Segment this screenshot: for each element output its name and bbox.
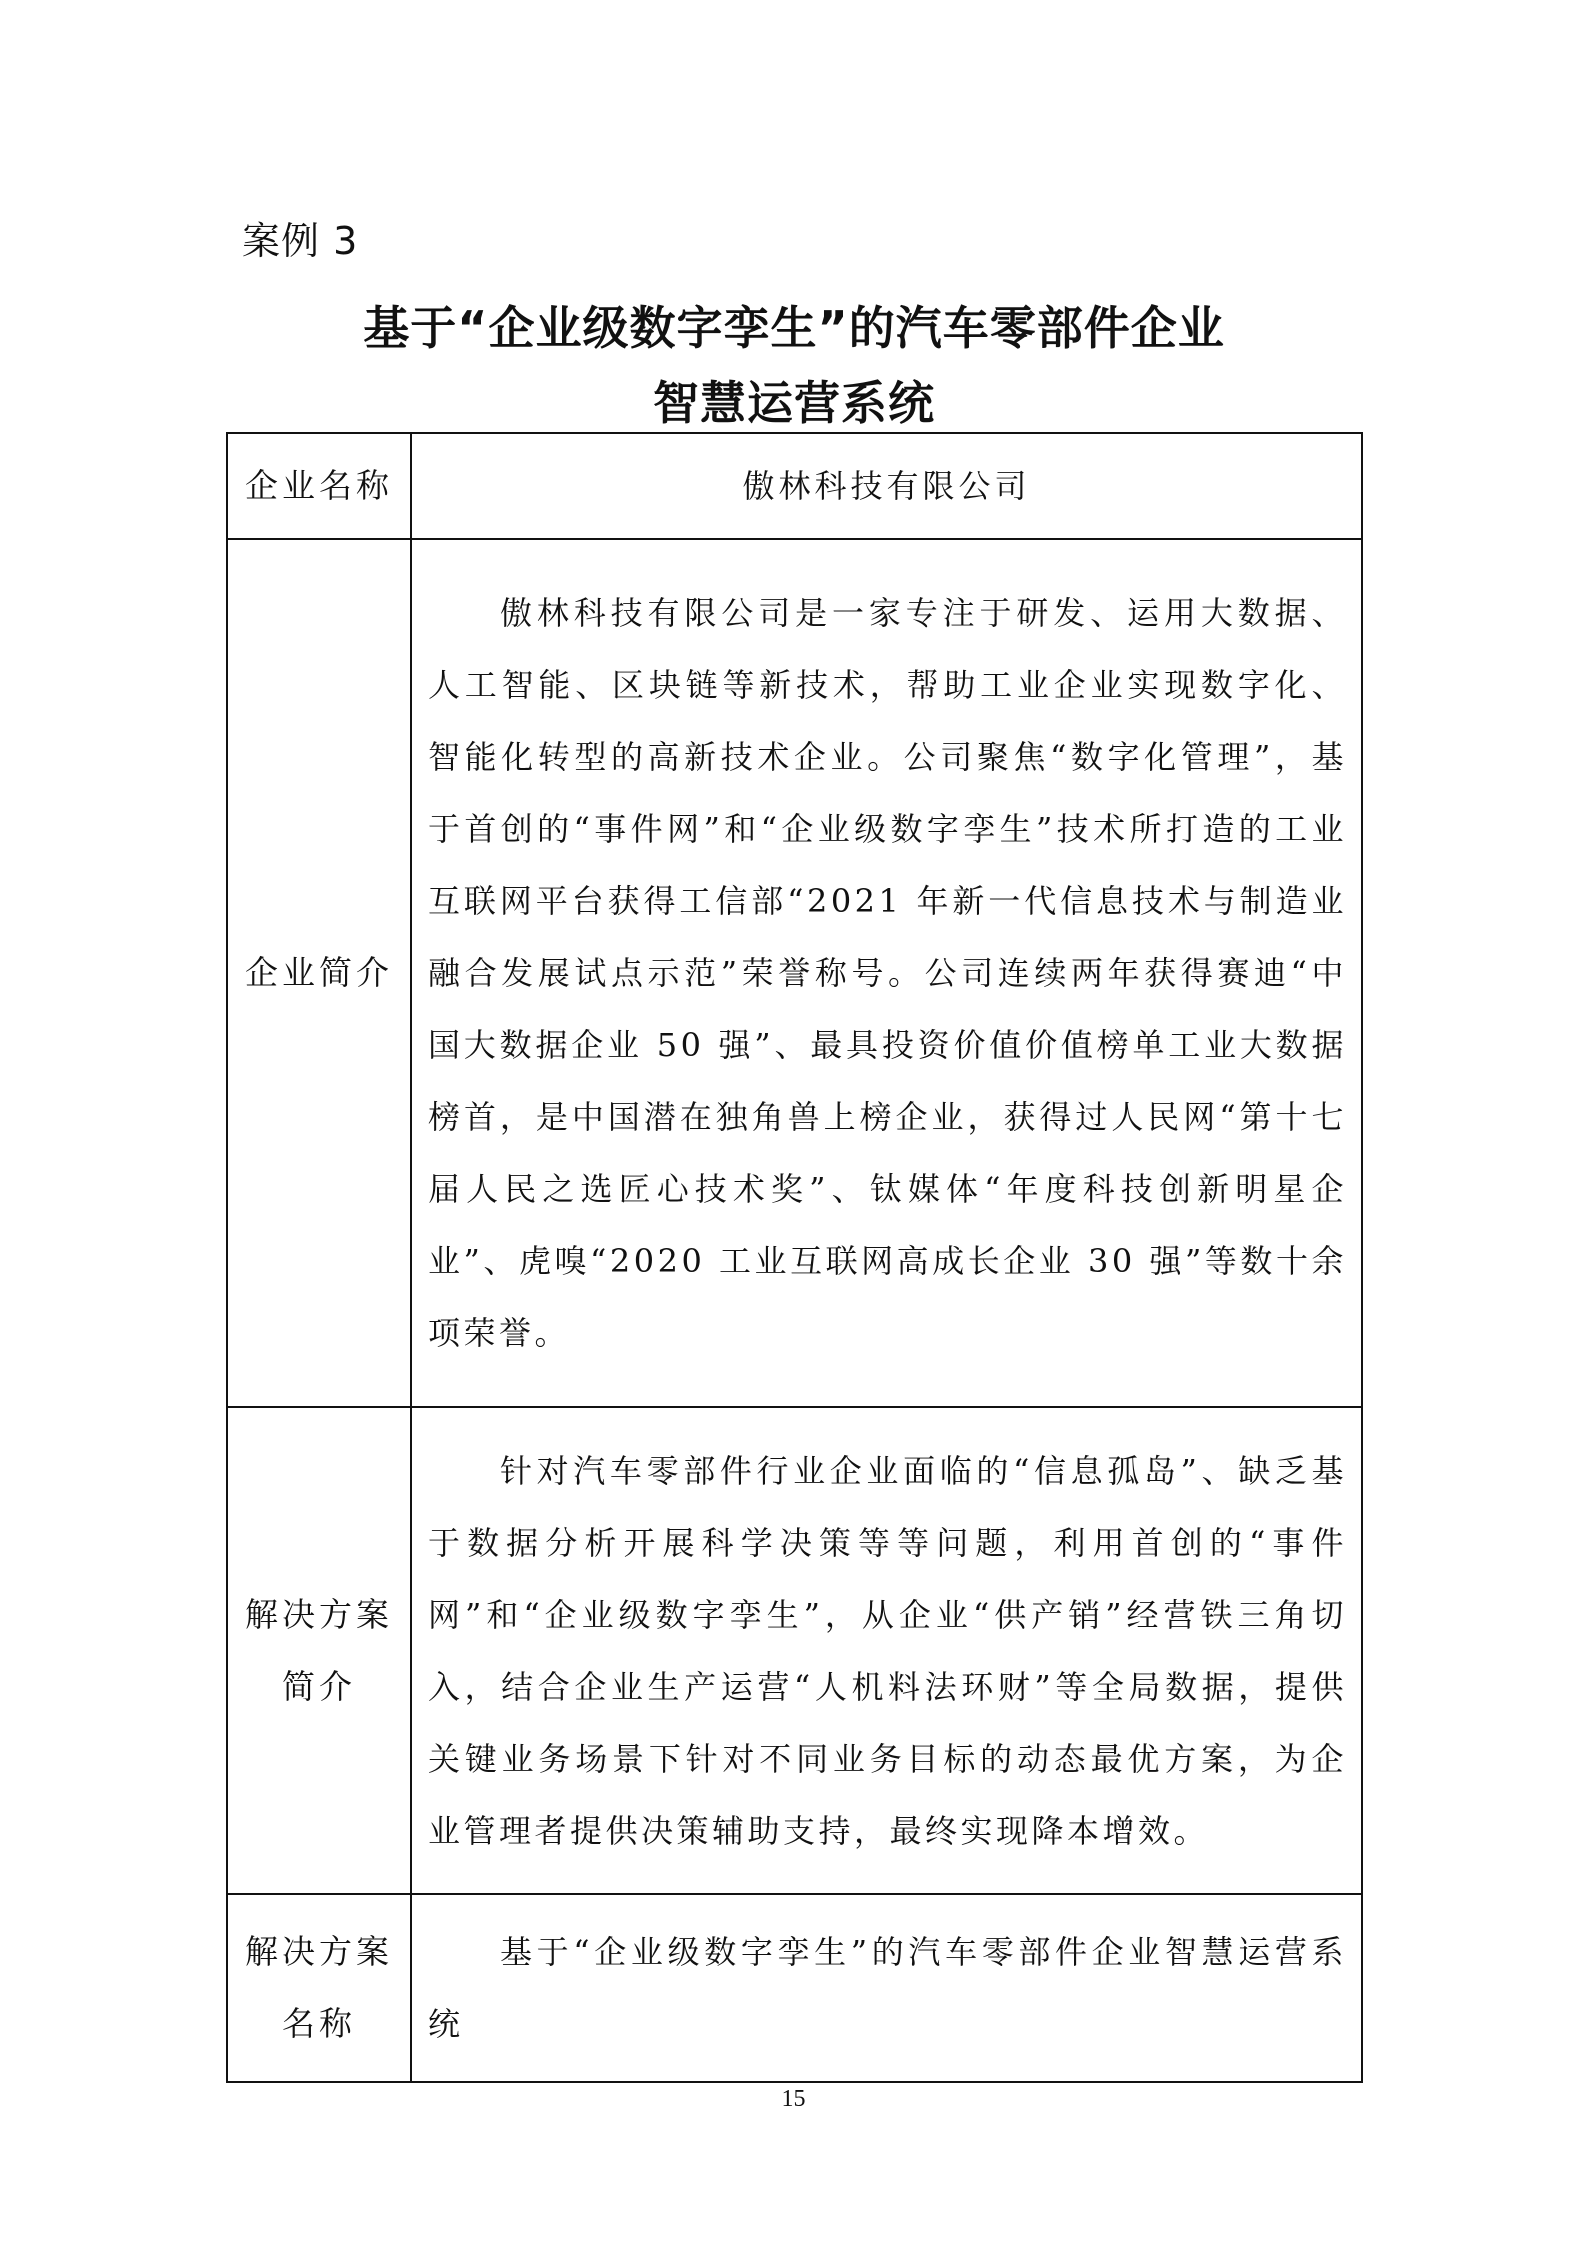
table-row-company-intro: 企业简介 傲林科技有限公司是一家专注于研发、运用大数据、人工智能、区块链等新技术… (227, 539, 1362, 1407)
page-number: 15 (0, 2086, 1587, 2113)
label-company-name: 企业名称 (227, 433, 411, 539)
document-title-line-2: 智慧运营系统 (226, 367, 1362, 433)
case-label: 案例 3 (242, 210, 358, 265)
label-solution-name-line1: 解决方案 (228, 1916, 410, 1988)
label-solution-intro-line2: 简介 (228, 1651, 410, 1723)
value-company-name: 傲林科技有限公司 (411, 433, 1362, 539)
label-solution-name-line2: 名称 (228, 1988, 410, 2060)
table-row-solution-intro: 解决方案 简介 针对汽车零部件行业企业面临的“信息孤岛”、缺乏基于数据分析开展科… (227, 1407, 1362, 1894)
label-solution-intro: 解决方案 简介 (227, 1407, 411, 1894)
value-solution-intro: 针对汽车零部件行业企业面临的“信息孤岛”、缺乏基于数据分析开展科学决策等等问题，… (411, 1407, 1362, 1894)
table-row-company-name: 企业名称 傲林科技有限公司 (227, 433, 1362, 539)
value-solution-name: 基于“企业级数字孪生”的汽车零部件企业智慧运营系统 (411, 1894, 1362, 2082)
label-solution-intro-line1: 解决方案 (228, 1579, 410, 1651)
label-company-intro: 企业简介 (227, 539, 411, 1407)
label-solution-name: 解决方案 名称 (227, 1894, 411, 2082)
table-row-solution-name: 解决方案 名称 基于“企业级数字孪生”的汽车零部件企业智慧运营系统 (227, 1894, 1362, 2082)
case-info-table: 企业名称 傲林科技有限公司 企业简介 傲林科技有限公司是一家专注于研发、运用大数… (226, 432, 1363, 2083)
document-title-line-1: 基于“企业级数字孪生”的汽车零部件企业 (226, 292, 1362, 358)
value-company-intro: 傲林科技有限公司是一家专注于研发、运用大数据、人工智能、区块链等新技术，帮助工业… (411, 539, 1362, 1407)
